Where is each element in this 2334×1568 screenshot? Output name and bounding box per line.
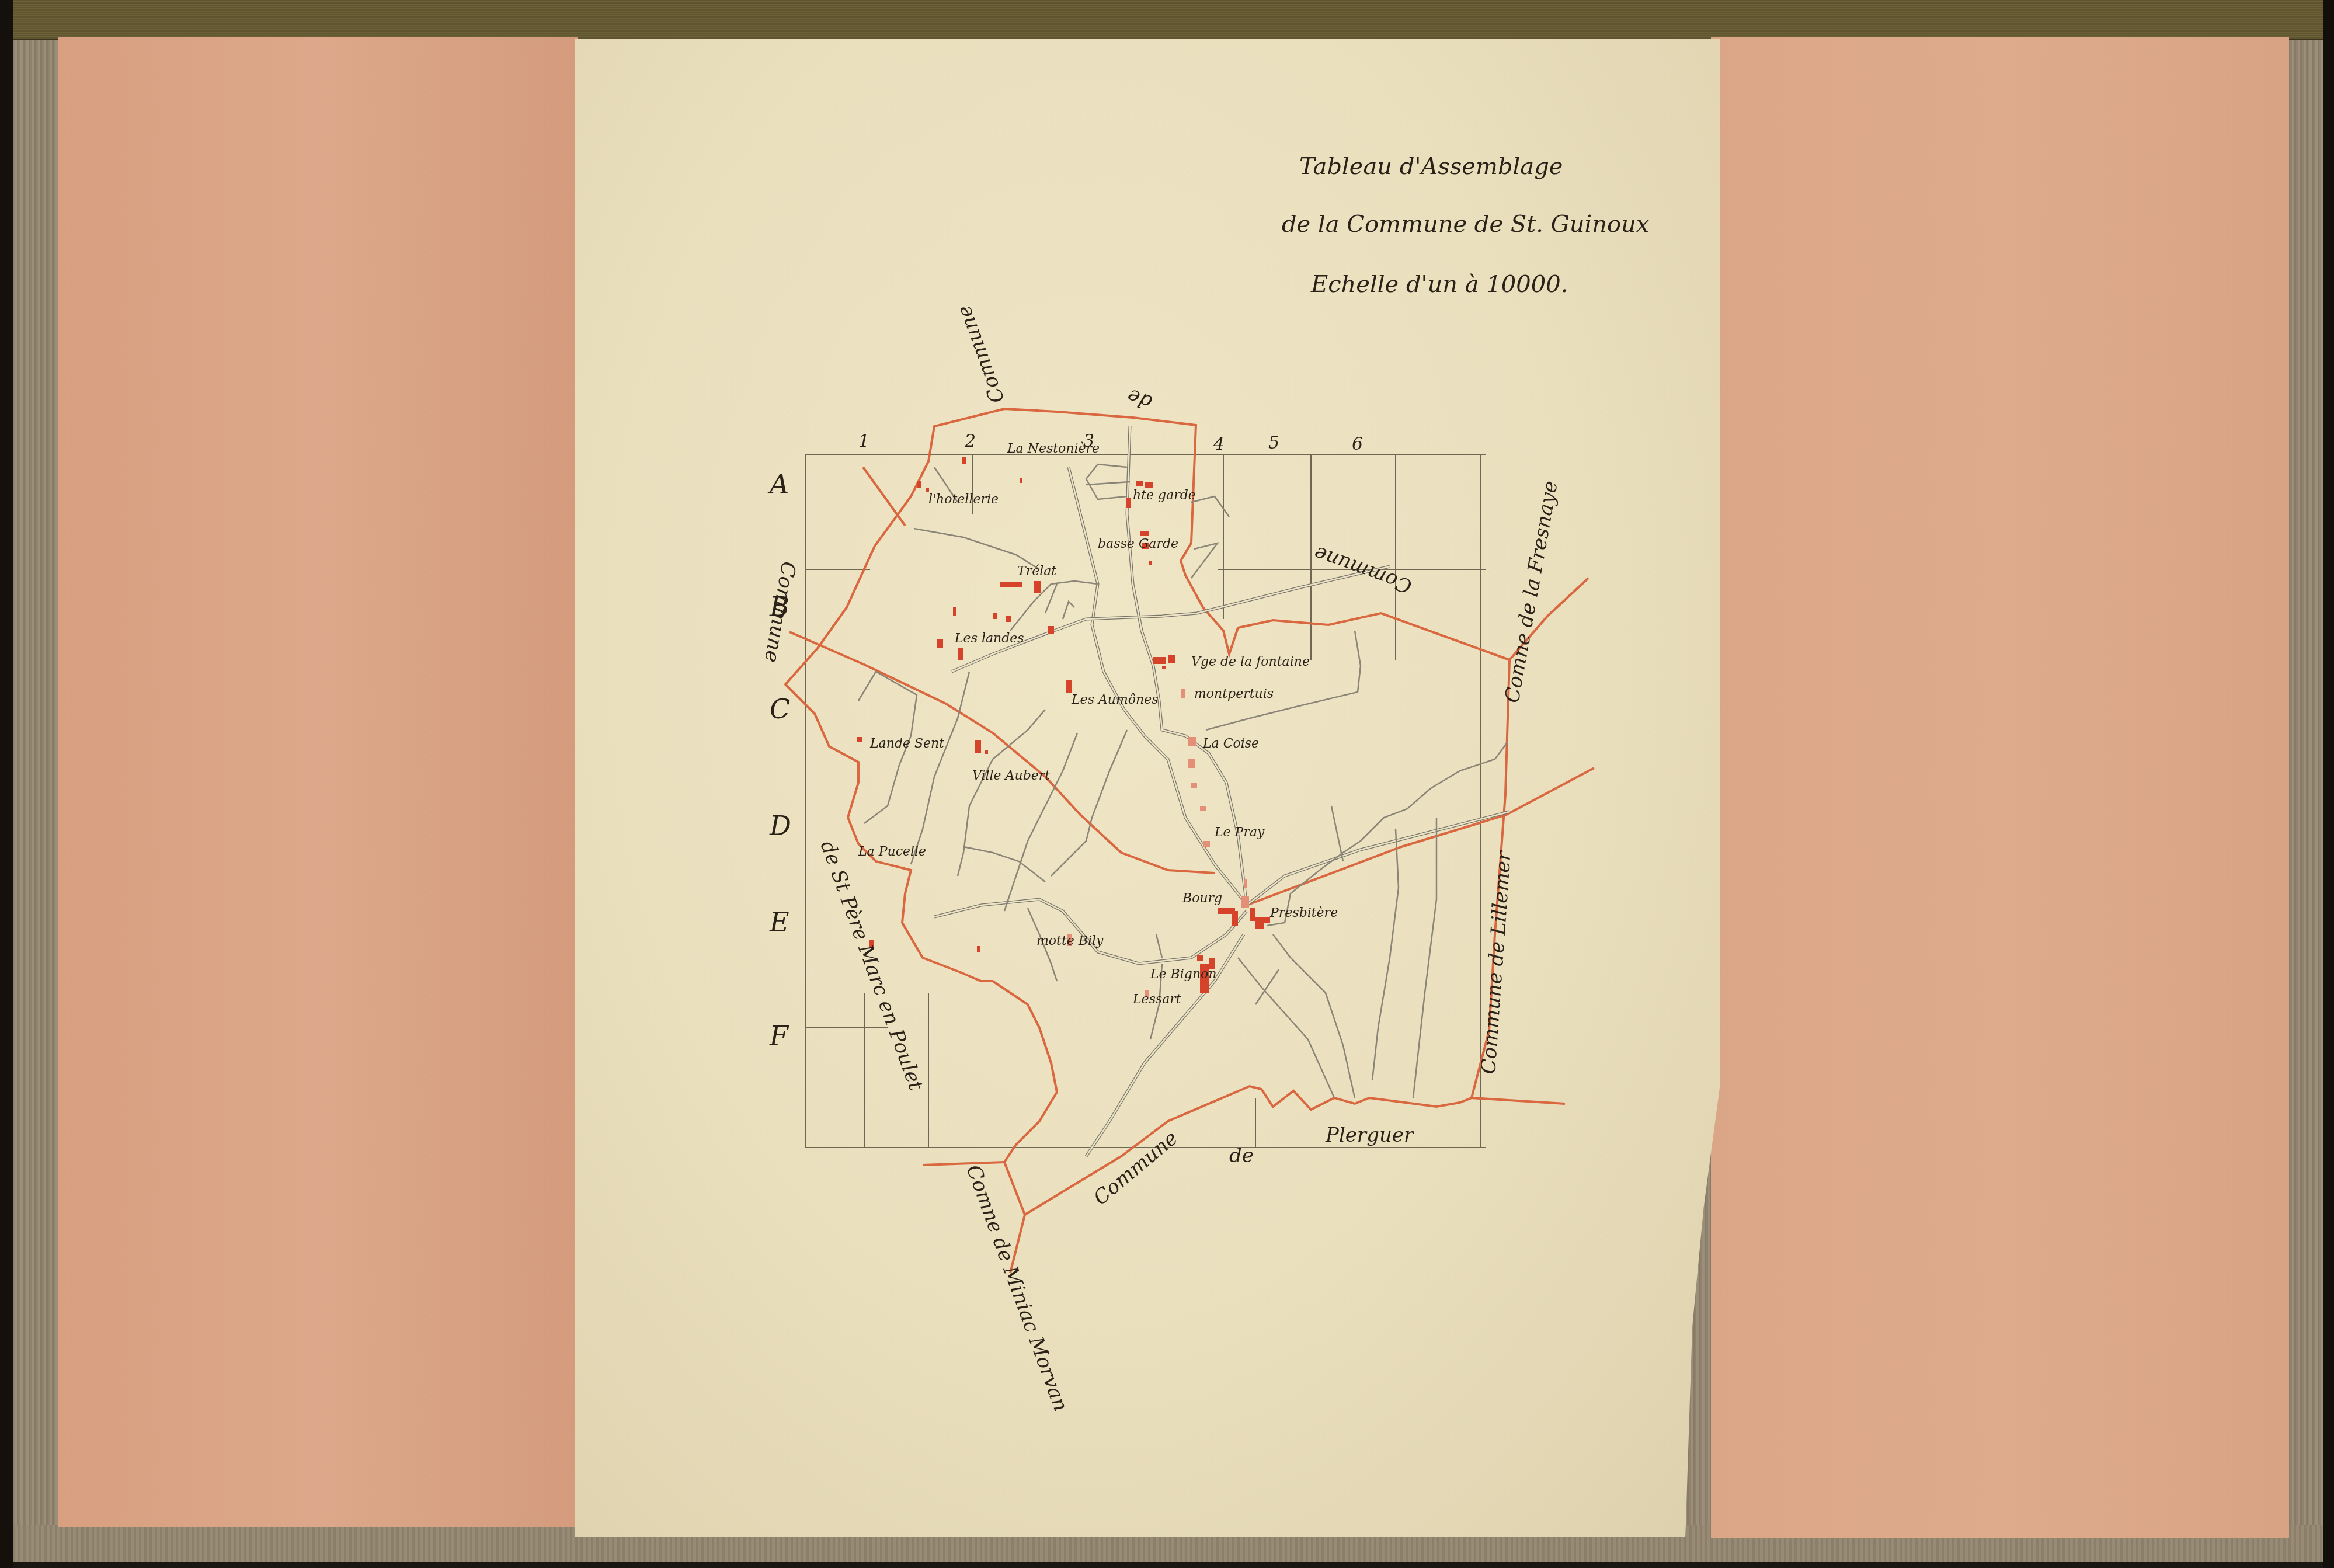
- label-fresnaye: Comne de la Fresnaye: [1500, 479, 1562, 704]
- grid-row-a: A: [767, 468, 789, 500]
- cadastral-map: Tableau d'Assemblage de la Commune de St…: [0, 0, 2334, 1568]
- label-les-aumones: Les Aumônes: [1071, 693, 1159, 707]
- grid-col-2: 2: [964, 431, 976, 451]
- label-la-pucelle: La Pucelle: [858, 844, 926, 859]
- label-plerguer: Plerguer: [1325, 1124, 1414, 1147]
- label-lillemer: Commune de Lillemer: [1477, 850, 1516, 1075]
- label-north-de: de: [1124, 384, 1155, 414]
- title-line-1: Tableau d'Assemblage: [1299, 153, 1563, 180]
- commune-boundary: [785, 409, 1594, 1273]
- roads: [934, 426, 1509, 1156]
- label-bourg: Bourg: [1182, 891, 1222, 906]
- label-trelat: Trélat: [1017, 564, 1056, 579]
- label-basse-garde: basse Garde: [1098, 537, 1178, 551]
- label-motte-bily: motte Bily: [1036, 934, 1104, 948]
- grid-row-d: D: [769, 810, 791, 842]
- label-lessart: Lessart: [1132, 992, 1181, 1007]
- label-west-commune: Commune: [760, 559, 801, 664]
- grid-col-6: 6: [1352, 434, 1363, 454]
- label-lande-sent: Lande Sent: [869, 736, 944, 751]
- buildings: [857, 457, 1270, 997]
- label-les-landes: Les landes: [954, 631, 1024, 646]
- grid-col-4: 4: [1213, 434, 1225, 454]
- label-vge-fontaine: Vge de la fontaine: [1191, 655, 1310, 669]
- label-le-pray: Le Pray: [1214, 825, 1265, 840]
- label-haute-garde: hte garde: [1133, 488, 1196, 503]
- title-line-2: de la Commune de St. Guinoux: [1282, 211, 1649, 238]
- label-la-nestoniere: La Nestonière: [1007, 441, 1100, 456]
- grid-col-5: 5: [1268, 433, 1279, 453]
- label-presbitere: Presbitère: [1269, 906, 1338, 920]
- label-ville-aubert: Ville Aubert: [972, 769, 1050, 783]
- label-la-coise: La Coise: [1202, 736, 1259, 751]
- label-le-bignon: Le Bignon: [1150, 967, 1217, 982]
- parcel-lines: [858, 464, 1508, 1098]
- label-hotellerie: l'hotellerie: [928, 492, 999, 507]
- map-title: Tableau d'Assemblage de la Commune de St…: [1282, 153, 1649, 298]
- label-north-commune: Commune: [952, 303, 1009, 406]
- grid-row-c: C: [770, 693, 790, 725]
- label-montpertuis: montpertuis: [1194, 687, 1274, 701]
- title-line-3: Echelle d'un à 10000.: [1310, 271, 1568, 298]
- grid-row-f: F: [769, 1020, 789, 1052]
- grid-row-e: E: [769, 906, 789, 938]
- label-west-st-pere: de St Père Marc en Poulet: [816, 837, 928, 1093]
- label-south-de: de: [1229, 1144, 1254, 1167]
- grid-row-labels: A B C D E F: [767, 468, 791, 1052]
- grid-col-1: 1: [858, 431, 869, 451]
- label-miniac-morvan: Comne de Miniac Morvan: [962, 1162, 1073, 1414]
